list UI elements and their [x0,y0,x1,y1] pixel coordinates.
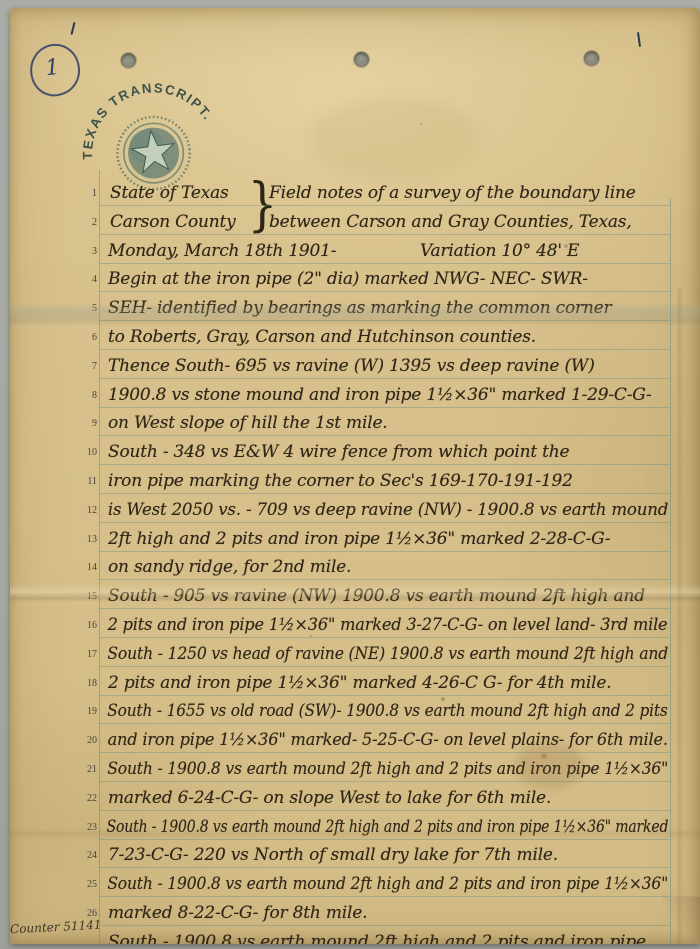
manuscript-line: 19South - 1655 vs old road (SW)- 1900.8 … [100,698,675,724]
manuscript-line: 12is West 2050 vs. - 709 vs deep ravine … [100,497,675,523]
line-text: Begin at the iron pipe (2" dia) marked N… [100,266,588,292]
line-text: South - 1250 vs head of ravine (NE) 1900… [100,641,668,667]
manuscript-line: 247-23-C-G- 220 vs North of small dry la… [100,842,675,868]
line-text: marked 6-24-C-G- on slope West to lake f… [100,785,551,811]
fold-crease [10,828,700,840]
line-text: South - 1900.8 vs earth mound 2ft high a… [100,929,646,944]
manuscript-line: 17South - 1250 vs head of ravine (NE) 19… [100,641,675,667]
line-number: 18 [83,679,97,689]
line-number: 17 [83,650,97,660]
line-text-right: Variation 10° 48' E [420,238,579,264]
line-text: 7-23-C-G- 220 vs North of small dry lake… [100,842,558,868]
line-number: 22 [83,794,97,804]
line-text: marked 8-22-C-G- for 8th mile. [100,900,367,926]
manuscript-line: 162 pits and iron pipe 1½×36" marked 3-2… [100,612,675,638]
line-text: on West slope of hill the 1st mile. [100,410,388,436]
manuscript-line: 20and iron pipe 1½×36" marked- 5-25-C-G-… [100,727,675,753]
line-text: South - 1655 vs old road (SW)- 1900.8 vs… [100,698,668,724]
line-number: 9 [83,419,97,429]
line-number: 12 [83,506,97,516]
line-number: 4 [83,275,97,285]
party-name: State of Texas [100,180,253,206]
manuscript-line: 7Thence South- 695 vs ravine (W) 1395 vs… [100,353,675,379]
line-text: 1900.8 vs stone mound and iron pipe 1½×3… [100,382,652,408]
line-number: 20 [83,736,97,746]
line-number: 19 [83,707,97,717]
line-number: 16 [83,621,97,631]
corner-fold [659,895,700,944]
manuscript-line: 14on sandy ridge, for 2nd mile. [100,554,675,580]
manuscript-line: 6to Roberts, Gray, Carson and Hutchinson… [100,324,675,350]
line-text: between Carson and Gray Counties, Texas, [253,209,632,235]
fold-crease [10,584,700,602]
line-number: 25 [83,880,97,890]
line-text: on sandy ridge, for 2nd mile. [100,554,351,580]
manuscript-paper: 1 TEXAS TRANSCRIPT. } 1State of TexasFie… [10,8,700,944]
line-text: to Roberts, Gray, Carson and Hutchinson … [100,324,536,350]
manuscript-line: 81900.8 vs stone mound and iron pipe 1½×… [100,382,675,408]
line-text: 2 pits and iron pipe 1½×36" marked 4-26-… [100,670,611,696]
manuscript-line: 22marked 6-24-C-G- on slope West to lake… [100,785,675,811]
manuscript-line: 10South - 348 vs E&W 4 wire fence from w… [100,439,675,465]
manuscript-line: 25South - 1900.8 vs earth mound 2ft high… [100,871,675,897]
line-number: 21 [83,765,97,775]
line-number: 11 [83,477,97,487]
line-text: 2ft high and 2 pits and iron pipe 1½×36"… [100,526,610,552]
line-number: 24 [83,851,97,861]
manuscript-line: 132ft high and 2 pits and iron pipe 1½×3… [100,526,675,552]
manuscript-line: 26marked 8-22-C-G- for 8th mile. [100,900,675,926]
document-scan: { "page": { "number_label": "1" }, "stam… [0,0,700,949]
line-text: 2 pits and iron pipe 1½×36" marked 3-27-… [100,612,667,638]
stain [515,743,585,789]
manuscript-line: South - 1900.8 vs earth mound 2ft high a… [100,929,675,944]
line-number: 14 [83,563,97,573]
ruled-area: 1State of TexasField notes of a survey o… [10,8,700,944]
fold-crease [10,302,700,326]
line-number: 6 [83,333,97,343]
line-text: Monday, March 18th 1901- [100,238,336,264]
line-text: is West 2050 vs. - 709 vs deep ravine (N… [100,497,668,523]
line-number: 10 [83,448,97,458]
line-number: 13 [83,535,97,545]
manuscript-line: 182 pits and iron pipe 1½×36" marked 4-2… [100,670,675,696]
manuscript-line: 11iron pipe marking the corner to Sec's … [100,468,675,494]
manuscript-line: 2Carson Countybetween Carson and Gray Co… [100,209,675,235]
line-text: South - 1900.8 vs earth mound 2ft high a… [100,871,668,897]
line-number: 3 [83,247,97,257]
manuscript-line: 3Monday, March 18th 1901-Variation 10° 4… [100,238,675,264]
manuscript-line: 9on West slope of hill the 1st mile. [100,410,675,436]
line-text: Thence South- 695 vs ravine (W) 1395 vs … [100,353,595,379]
manuscript-line: 4Begin at the iron pipe (2" dia) marked … [100,266,675,292]
party-name: Carson County [100,209,253,235]
line-number: 2 [83,218,97,228]
line-number: 7 [83,362,97,372]
line-text: iron pipe marking the corner to Sec's 16… [100,468,573,494]
line-text: and iron pipe 1½×36" marked- 5-25-C-G- o… [100,727,668,753]
manuscript-line: 1State of TexasField notes of a survey o… [100,180,675,206]
line-number: 8 [83,391,97,401]
line-text: South - 348 vs E&W 4 wire fence from whi… [100,439,569,465]
fold-crease [676,288,683,944]
line-number: 1 [83,189,97,199]
manuscript-line: 21South - 1900.8 vs earth mound 2ft high… [100,756,675,782]
line-text: Field notes of a survey of the boundary … [253,180,636,206]
